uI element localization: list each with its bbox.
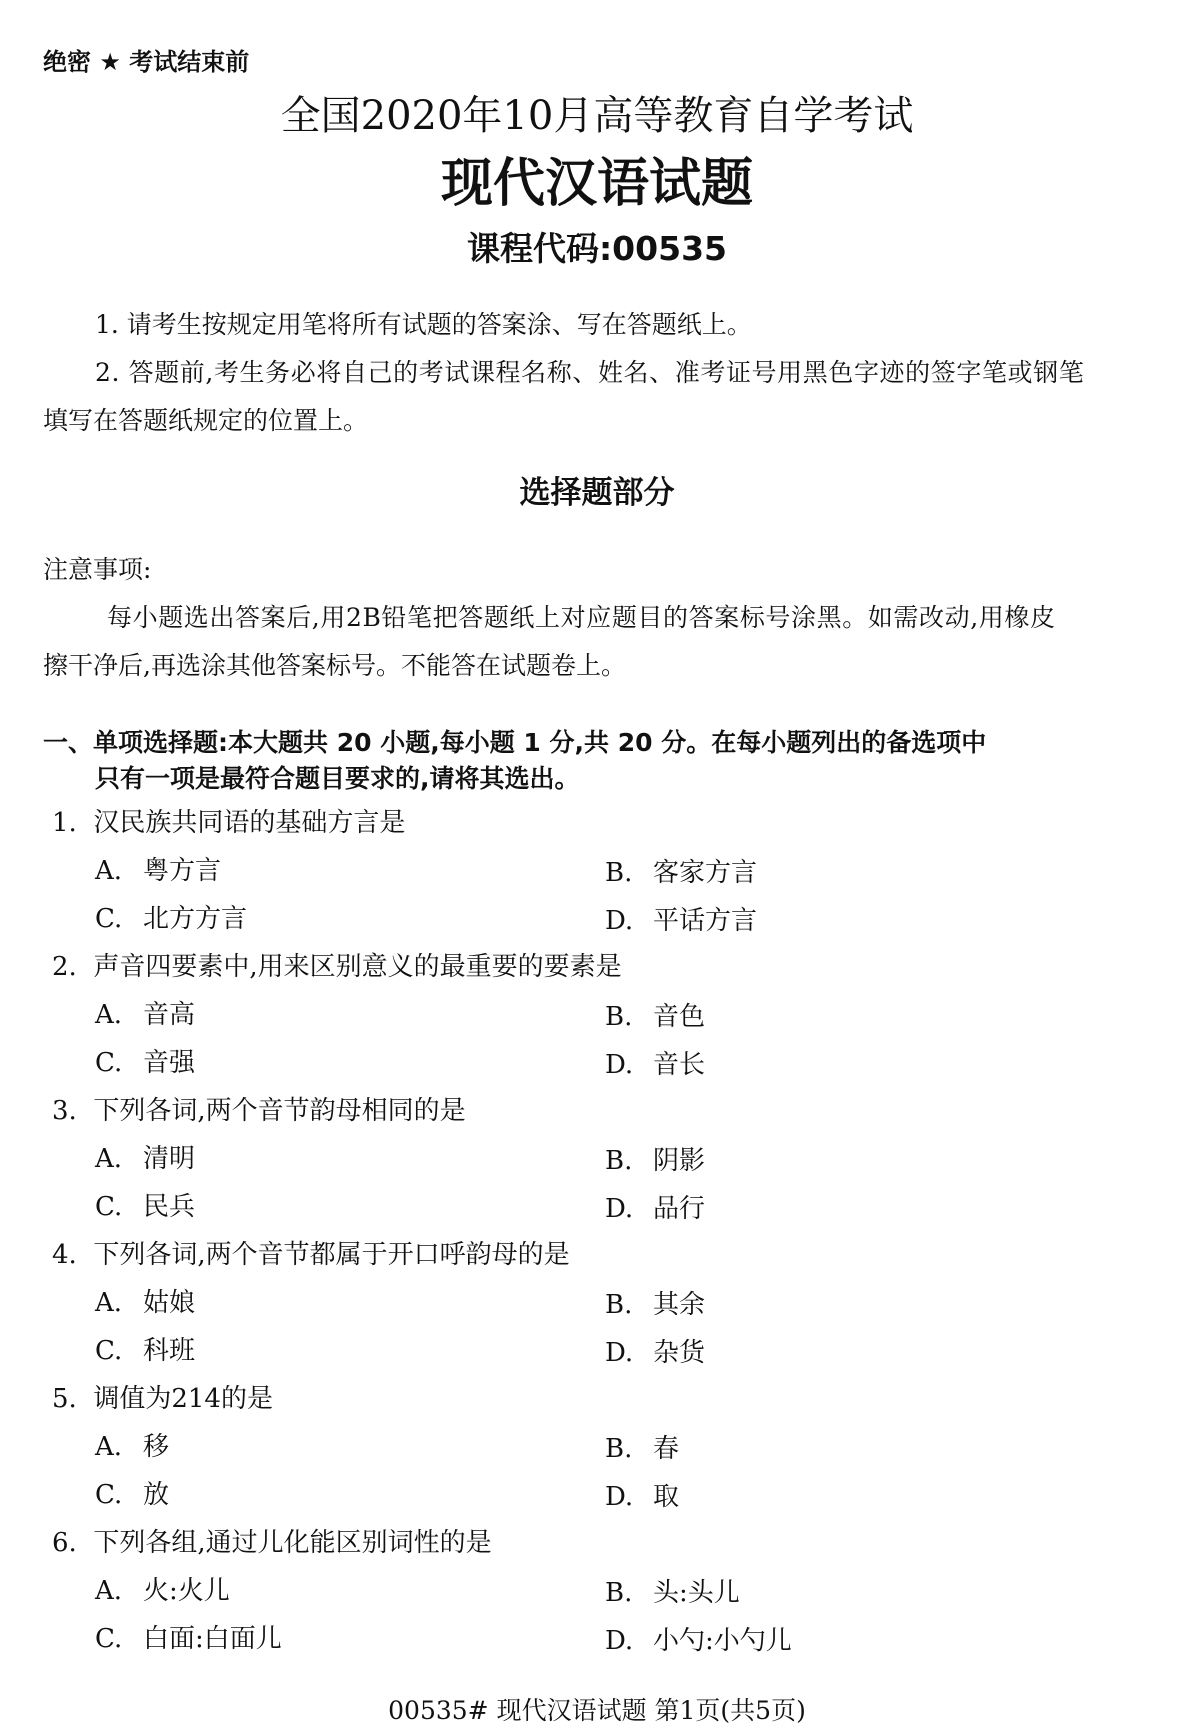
option-c[interactable]: C.科班 bbox=[95, 1338, 195, 1364]
confidential-label: 绝密 ★ 考试结束前 bbox=[43, 50, 249, 74]
instruction-2: 2. 答题前,考生务必将自己的考试课程名称、姓名、准考证号用黑色字迹的签字笔或钢… bbox=[95, 360, 1084, 385]
option-b[interactable]: B.其余 bbox=[605, 1292, 705, 1318]
question-text: 下列各组,通过儿化能区别词性的是 bbox=[93, 1528, 491, 1558]
option-c[interactable]: C.音强 bbox=[95, 1050, 195, 1076]
option-a[interactable]: A.姑娘 bbox=[95, 1290, 195, 1316]
question-number: 4. bbox=[52, 1240, 77, 1270]
option-b[interactable]: B.阴影 bbox=[605, 1148, 705, 1174]
question-number: 2. bbox=[52, 952, 77, 982]
option-d[interactable]: D.平话方言 bbox=[605, 908, 757, 934]
option-d[interactable]: D.品行 bbox=[605, 1196, 705, 1222]
question-4: 4. 下列各词,两个音节都属于开口呼韵母的是 bbox=[52, 1242, 570, 1268]
question-number: 6. bbox=[52, 1528, 77, 1558]
section-title: 选择题部分 bbox=[0, 478, 1194, 509]
option-a[interactable]: A.火:火儿 bbox=[95, 1578, 230, 1604]
notes-line-1: 每小题选出答案后,用2B铅笔把答题纸上对应题目的答案标号涂黑。如需改动,用橡皮 bbox=[107, 605, 1056, 630]
question-text: 汉民族共同语的基础方言是 bbox=[93, 808, 405, 838]
option-b[interactable]: B.客家方言 bbox=[605, 860, 757, 886]
question-text: 声音四要素中,用来区别意义的最重要的要素是 bbox=[93, 952, 621, 982]
question-3: 3. 下列各词,两个音节韵母相同的是 bbox=[52, 1098, 466, 1124]
question-number: 5. bbox=[52, 1384, 77, 1414]
option-d[interactable]: D.音长 bbox=[605, 1052, 705, 1078]
question-text: 下列各词,两个音节都属于开口呼韵母的是 bbox=[93, 1240, 569, 1270]
question-6: 6. 下列各组,通过儿化能区别词性的是 bbox=[52, 1530, 492, 1556]
exam-title: 全国2020年10月高等教育自学考试 bbox=[0, 96, 1194, 136]
option-d[interactable]: D.杂货 bbox=[605, 1340, 705, 1366]
part-heading-line-1: 一、单项选择题:本大题共 20 小题,每小题 1 分,共 20 分。在每小题列出… bbox=[43, 730, 986, 755]
instruction-1: 1. 请考生按规定用笔将所有试题的答案涂、写在答题纸上。 bbox=[95, 312, 752, 337]
question-number: 3. bbox=[52, 1096, 77, 1126]
option-b[interactable]: B.头:头儿 bbox=[605, 1580, 740, 1606]
option-c[interactable]: C.北方方言 bbox=[95, 906, 247, 932]
option-a[interactable]: A.音高 bbox=[95, 1002, 195, 1028]
notes-line-2: 擦干净后,再选涂其他答案标号。不能答在试题卷上。 bbox=[43, 653, 626, 678]
page-footer: 00535# 现代汉语试题 第1页(共5页) bbox=[0, 1698, 1194, 1723]
part-heading-line-2: 只有一项是最符合题目要求的,请将其选出。 bbox=[95, 766, 580, 791]
option-c[interactable]: C.白面:白面儿 bbox=[95, 1626, 282, 1652]
option-d[interactable]: D.取 bbox=[605, 1484, 679, 1510]
question-1: 1. 汉民族共同语的基础方言是 bbox=[52, 810, 405, 836]
option-b[interactable]: B.春 bbox=[605, 1436, 679, 1462]
option-a[interactable]: A.清明 bbox=[95, 1146, 195, 1172]
course-code: 课程代码:00535 bbox=[0, 232, 1194, 265]
option-b[interactable]: B.音色 bbox=[605, 1004, 705, 1030]
instruction-2-cont: 填写在答题纸规定的位置上。 bbox=[43, 408, 368, 433]
question-5: 5. 调值为214的是 bbox=[52, 1386, 273, 1412]
option-a[interactable]: A.移 bbox=[95, 1434, 169, 1460]
question-text: 下列各词,两个音节韵母相同的是 bbox=[93, 1096, 465, 1126]
option-d[interactable]: D.小勺:小勺儿 bbox=[605, 1628, 792, 1654]
notes-label: 注意事项: bbox=[43, 557, 151, 582]
option-c[interactable]: C.放 bbox=[95, 1482, 169, 1508]
paper-title: 现代汉语试题 bbox=[0, 158, 1194, 210]
question-text: 调值为214的是 bbox=[93, 1384, 273, 1414]
question-2: 2. 声音四要素中,用来区别意义的最重要的要素是 bbox=[52, 954, 622, 980]
option-c[interactable]: C.民兵 bbox=[95, 1194, 195, 1220]
option-a[interactable]: A.粤方言 bbox=[95, 858, 221, 884]
question-number: 1. bbox=[52, 808, 77, 838]
